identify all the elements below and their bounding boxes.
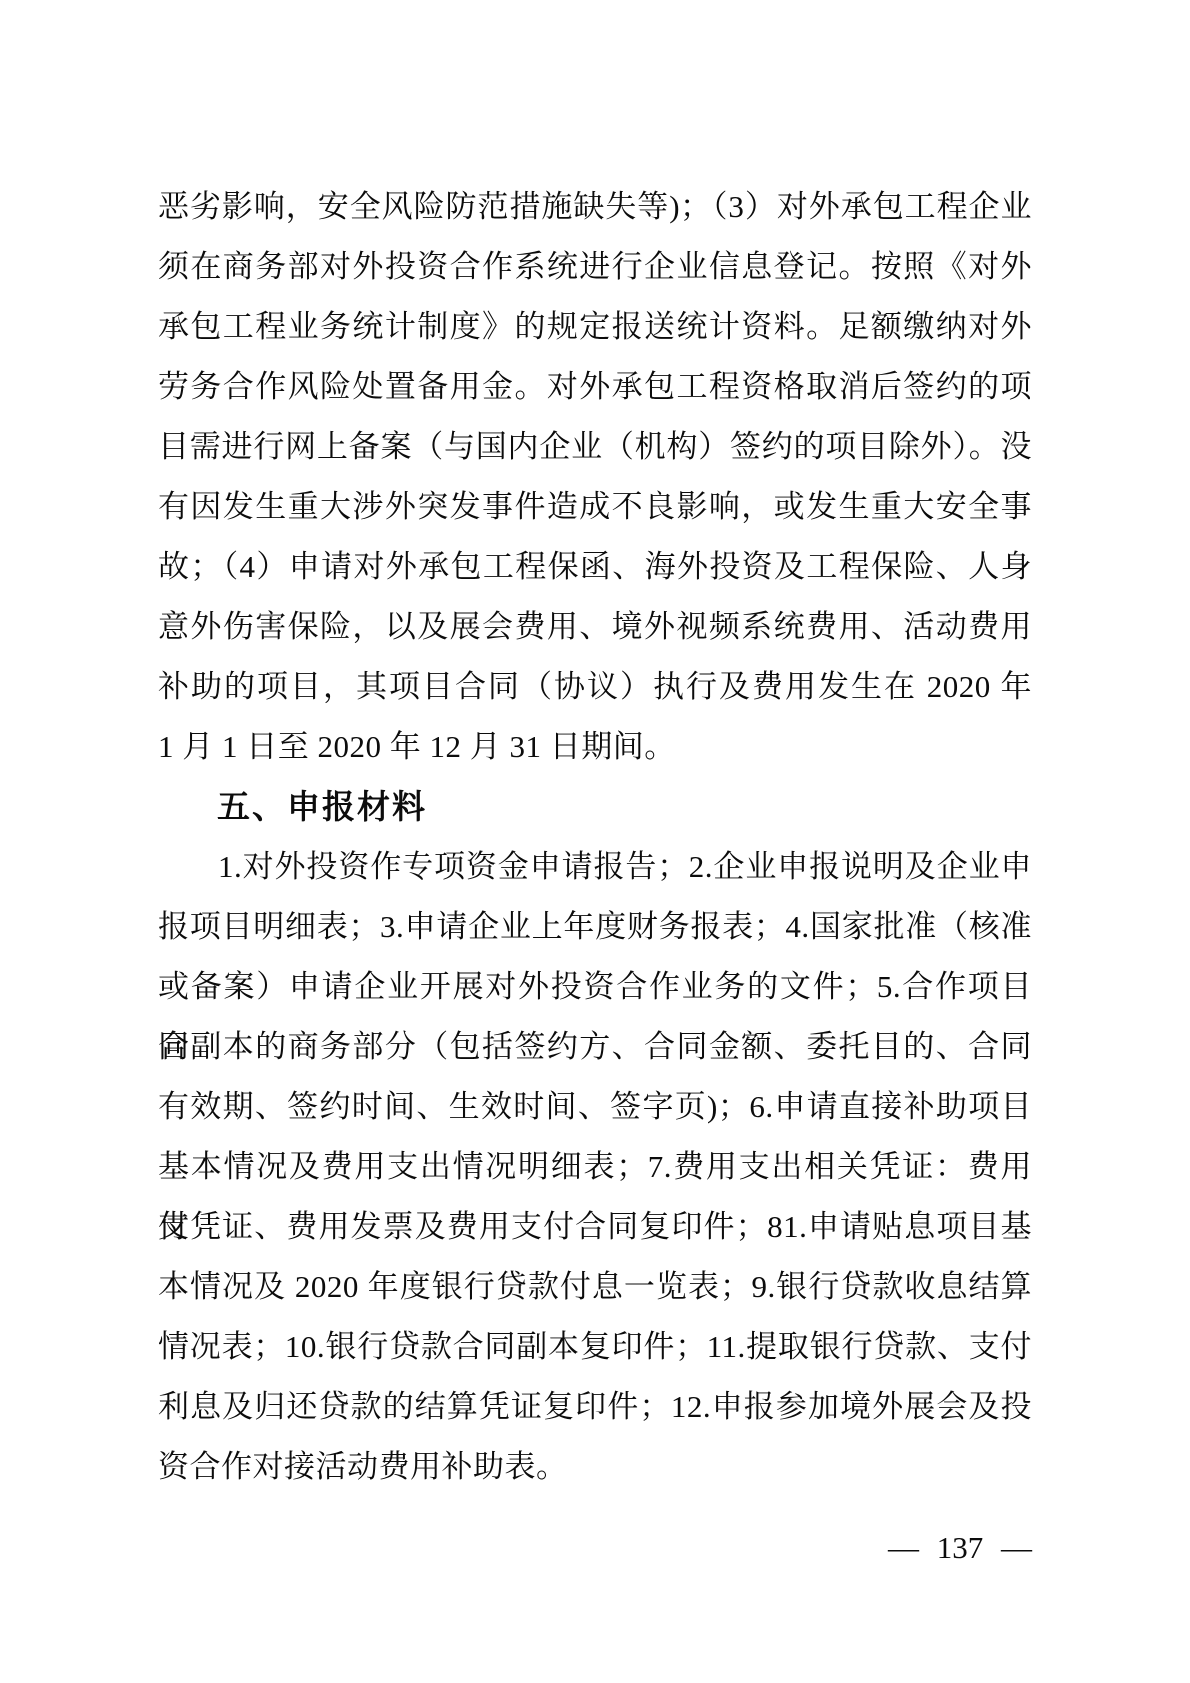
section-heading: 五、申报材料 [158,777,1032,837]
body-text-line: 意外伤害保险，以及展会费用、境外视频系统费用、活动费用 [158,597,1032,657]
document-page: 恶劣影响，安全风险防范措施缺失等)；（3）对外承包工程企业 须在商务部对外投资合… [0,0,1190,1683]
body-text-line: 同副本的商务部分（包括签约方、合同金额、委托目的、合同 [158,1017,1032,1077]
body-text-line: 1 月 1 日至 2020 年 12 月 31 日期间。 [158,717,1032,777]
body-text-line: 目需进行网上备案（与国内企业（机构）签约的项目除外）。没 [158,417,1032,477]
page-number: — 137 — [888,1528,1032,1568]
body-text-line: 本情况及 2020 年度银行贷款付息一览表；9.银行贷款收息结算 [158,1257,1032,1317]
document-body: 恶劣影响，安全风险防范措施缺失等)；（3）对外承包工程企业 须在商务部对外投资合… [158,177,1032,1497]
body-text-line: 须在商务部对外投资合作系统进行企业信息登记。按照《对外 [158,237,1032,297]
body-text-line: 恶劣影响，安全风险防范措施缺失等)；（3）对外承包工程企业 [158,177,1032,237]
body-text-line: 利息及归还贷款的结算凭证复印件；12.申报参加境外展会及投 [158,1377,1032,1437]
body-text-line: 劳务合作风险处置备用金。对外承包工程资格取消后签约的项 [158,357,1032,417]
body-text-line: 补助的项目，其项目合同（协议）执行及费用发生在 2020 年 [158,657,1032,717]
body-text-line: 资合作对接活动费用补助表。 [158,1437,1032,1497]
body-text-line: 基本情况及费用支出情况明细表；7.费用支出相关凭证：费用支 [158,1137,1032,1197]
body-text-line: 有效期、签约时间、生效时间、签字页)；6.申请直接补助项目 [158,1077,1032,1137]
body-text-line: 报项目明细表；3.申请企业上年度财务报表；4.国家批准（核准 [158,897,1032,957]
body-text-line: 付凭证、费用发票及费用支付合同复印件；81.申请贴息项目基 [158,1197,1032,1257]
body-text-line: 1.对外投资作专项资金申请报告；2.企业申报说明及企业申 [158,837,1032,897]
body-text-line: 故；（4）申请对外承包工程保函、海外投资及工程保险、人身 [158,537,1032,597]
body-text-line: 情况表；10.银行贷款合同副本复印件；11.提取银行贷款、支付 [158,1317,1032,1377]
body-text-line: 或备案）申请企业开展对外投资合作业务的文件；5.合作项目合 [158,957,1032,1017]
body-text-line: 有因发生重大涉外突发事件造成不良影响，或发生重大安全事 [158,477,1032,537]
body-text-line: 承包工程业务统计制度》的规定报送统计资料。足额缴纳对外 [158,297,1032,357]
